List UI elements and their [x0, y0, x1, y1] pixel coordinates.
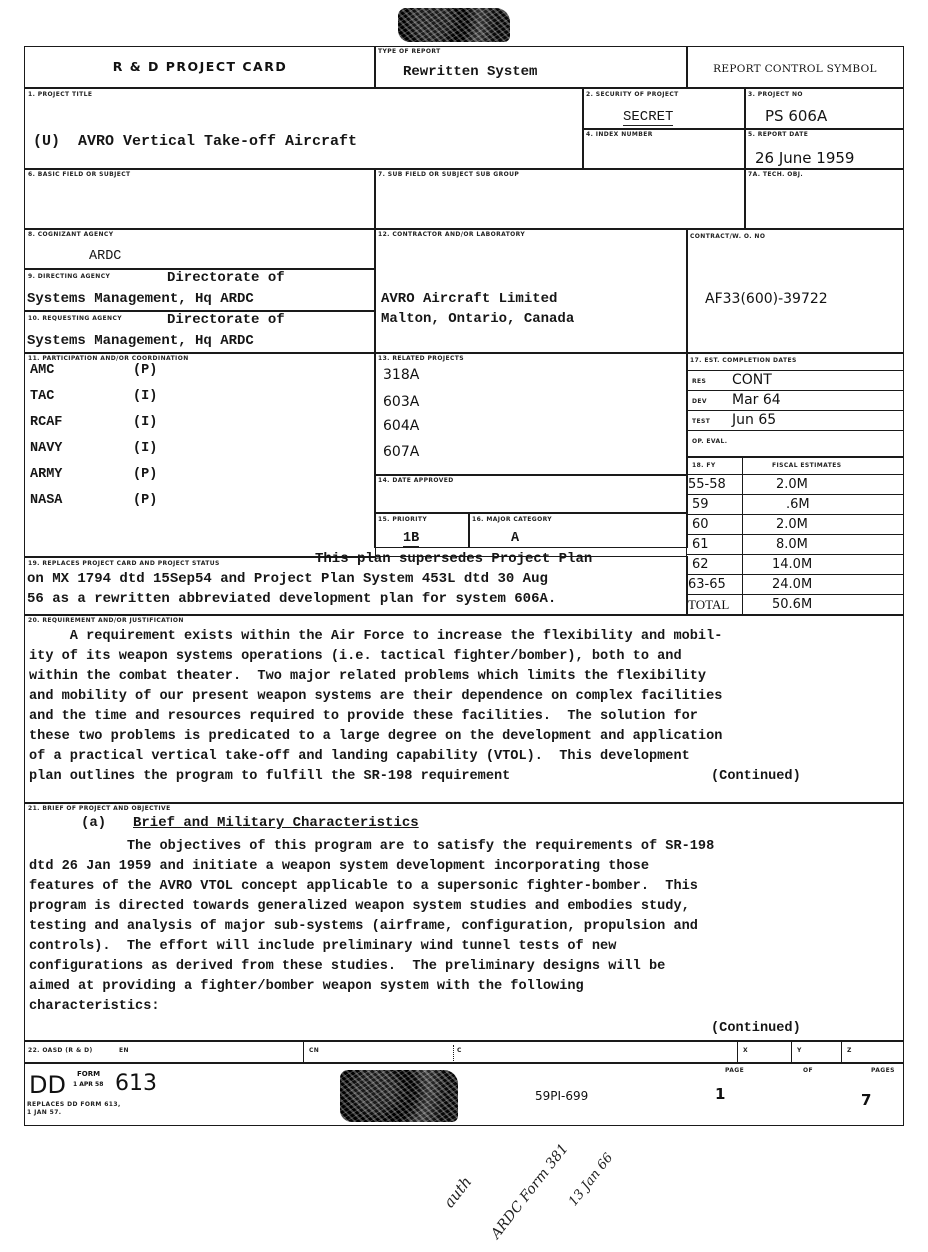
completion-dates-label: 17. Est. Completion Dates [690, 357, 797, 364]
security-value: SECRET [623, 109, 673, 126]
major-category-value: A [511, 531, 519, 546]
redaction-stamp-top [398, 8, 510, 42]
requirement-line: ity of its weapon systems operations (i.… [29, 647, 682, 667]
report-control-symbol: REPORT CONTROL SYMBOL [687, 63, 903, 75]
participation-code: (P) [133, 493, 157, 508]
contractor-cell: 12. Contractor and/or Laboratory AVRO Ai… [374, 228, 688, 354]
project-no-label: 3. Project No [748, 91, 803, 98]
completion-row-key: RES [692, 378, 706, 385]
brief-line: The objectives of this program are to sa… [29, 837, 714, 857]
brief-line: aimed at providing a fighter/bomber weap… [29, 977, 584, 997]
basic-field-cell: 6. Basic Field or Subject [24, 168, 376, 230]
project-no-value: PS 606A [765, 107, 827, 125]
y-label: Y [797, 1047, 802, 1054]
fiscal-year: 62 [692, 557, 709, 572]
contractor-line1: AVRO Aircraft Limited [381, 291, 557, 307]
requesting-agency-label: 10. Requesting Agency [28, 315, 122, 322]
handwritten-annotation-line3: 13 Jan 66 [566, 1151, 616, 1210]
basic-field-label: 6. Basic Field or Subject [28, 171, 131, 178]
fiscal-row: 55-58 2.0M [686, 476, 904, 494]
brief-line: dtd 26 Jan 1959 and initiate a weapon sy… [29, 857, 649, 877]
fiscal-row-total: TOTAL 50.6M [686, 596, 904, 614]
fiscal-estimates-label: Fiscal Estimates [772, 462, 841, 469]
brief-section-marker: (a) [81, 815, 106, 831]
requesting-agency-line2: Systems Management, Hq ARDC [27, 333, 254, 349]
security-label: 2. Security of Project [586, 91, 679, 98]
sub-field-cell: 7. Sub Field or Subject Sub Group [374, 168, 746, 230]
participation-code: (P) [133, 363, 157, 378]
fiscal-year: 59 [692, 497, 709, 512]
priority-label: 15. Priority [378, 516, 427, 523]
project-title-value: (U) AVRO Vertical Take-off Aircraft [33, 133, 357, 150]
contractor-line2: Malton, Ontario, Canada [381, 311, 574, 327]
requirement-line: within the combat theater. Two major rel… [29, 667, 706, 687]
brief-line: characteristics: [29, 997, 160, 1017]
fiscal-amount: 2.0M [776, 477, 808, 492]
fiscal-year: 55-58 [688, 477, 726, 492]
related-projects-cell: 13. Related Projects 318A 603A 604A 607A [374, 352, 688, 476]
fiscal-amount: 50.6M [772, 597, 812, 612]
fiscal-row: 60 2.0M [686, 516, 904, 534]
x-label: X [743, 1047, 748, 1054]
form-number: 613 [115, 1071, 157, 1096]
replaces-label: 19. Replaces Project Card and Project St… [28, 560, 220, 567]
participation-org: ARMY [30, 467, 62, 482]
requesting-agency-line1: Directorate of [167, 312, 285, 328]
related-project: 604A [383, 418, 419, 434]
fiscal-amount: 24.0M [772, 577, 812, 592]
replaces-line3: 56 as a rewritten abbreviated developmen… [27, 591, 556, 607]
cn-label: CN [309, 1047, 319, 1054]
fiscal-row: 59 .6M [686, 496, 904, 514]
type-of-report-label: Type of Report [378, 48, 441, 55]
related-project: 603A [383, 394, 419, 410]
completion-row-key: DEV [692, 398, 707, 405]
contract-no-cell: Contract/W. O. No AF33(600)-39722 [686, 228, 904, 354]
form-replaces-line1: REPLACES DD FORM 613, [27, 1101, 121, 1108]
participation-org: AMC [30, 363, 54, 378]
fiscal-amount: 14.0M [772, 557, 812, 572]
participation-org: TAC [30, 389, 54, 404]
participation-code: (I) [133, 441, 157, 456]
brief-cell: 21. Brief of Project and Objective (a) B… [24, 802, 904, 1042]
handwritten-annotation-line1: auth [440, 1173, 475, 1211]
completion-row-value: Mar 64 [732, 392, 781, 408]
brief-line: features of the AVRO VTOL concept applic… [29, 877, 698, 897]
requirement-line: plan outlines the program to fulfill the… [29, 767, 510, 787]
fiscal-amount: 8.0M [776, 537, 808, 552]
en-label: EN [119, 1047, 129, 1054]
index-number-label: 4. Index Number [586, 131, 653, 138]
serial-number: 59PI-699 [535, 1089, 588, 1103]
page-label: PAGE [725, 1067, 744, 1074]
z-label: Z [847, 1047, 852, 1054]
form-date: 1 APR 58 [73, 1081, 103, 1088]
requirement-continued: (Continued) [711, 767, 801, 787]
participation-code: (P) [133, 467, 157, 482]
related-project: 607A [383, 444, 419, 460]
replaces-cell: 19. Replaces Project Card and Project St… [24, 556, 688, 616]
type-of-report-cell: Type of Report Rewritten System [374, 46, 688, 88]
completion-row-key: OP. EVAL. [692, 438, 727, 445]
cognizant-agency-cell: 8. Cognizant Agency ARDC [24, 228, 376, 270]
replaces-line2: on MX 1794 dtd 15Sep54 and Project Plan … [27, 571, 548, 587]
security-cell: 2. Security of Project SECRET [582, 88, 746, 130]
fiscal-year: TOTAL [688, 597, 729, 613]
report-date-value: 26 June 1959 [755, 149, 854, 167]
brief-label: 21. Brief of Project and Objective [28, 805, 171, 812]
brief-line: configurations as derived from these stu… [29, 957, 665, 977]
project-no-cell: 3. Project No PS 606A [744, 88, 904, 130]
page-number: 1 [715, 1085, 725, 1103]
fiscal-row: 62 14.0M [686, 556, 904, 574]
redaction-stamp-bottom [340, 1070, 458, 1122]
index-number-cell: 4. Index Number [582, 128, 746, 170]
project-title-label: 1. Project Title [28, 91, 92, 98]
contract-no-value: AF33(600)-39722 [705, 291, 828, 307]
completion-row-value: CONT [732, 372, 772, 388]
form-title: R & D PROJECT CARD [25, 59, 375, 74]
report-date-label: 5. Report Date [748, 131, 808, 138]
directing-agency-line1: Directorate of [167, 270, 285, 286]
oasd-label: 22. OASD (R & D) [28, 1047, 93, 1054]
requirement-line: of a practical vertical take-off and lan… [29, 747, 690, 767]
participation-cell: 11. Participation and/or Coordination AM… [24, 352, 376, 558]
participation-code: (I) [133, 415, 157, 430]
report-date-cell: 5. Report Date 26 June 1959 [744, 128, 904, 170]
related-project: 318A [383, 367, 419, 383]
fiscal-year: 61 [692, 537, 709, 552]
directing-agency-cell: 9. Directing Agency Directorate of Syste… [24, 268, 376, 312]
tech-obj-label: 7A. Tech. Obj. [748, 171, 803, 178]
completion-row-value: Jun 65 [732, 412, 776, 428]
brief-line: testing and analysis of major sub-system… [29, 917, 698, 937]
requirement-label: 20. Requirement and/or Justification [28, 617, 184, 624]
form-word: FORM [77, 1070, 100, 1078]
fiscal-row: 63-65 24.0M [686, 576, 904, 594]
priority-cell: 15. Priority 1B [374, 512, 470, 548]
major-category-label: 16. Major Category [472, 516, 552, 523]
contract-no-label: Contract/W. O. No [690, 233, 765, 240]
date-approved-cell: 14. Date Approved [374, 474, 688, 514]
directing-agency-line2: Systems Management, Hq ARDC [27, 291, 254, 307]
participation-org: NASA [30, 493, 62, 508]
brief-line: controls). The effort will include preli… [29, 937, 616, 957]
requesting-agency-cell: 10. Requesting Agency Directorate of Sys… [24, 310, 376, 354]
total-pages: 7 [861, 1091, 871, 1109]
report-control-symbol-cell: REPORT CONTROL SYMBOL [686, 46, 904, 88]
participation-org: NAVY [30, 441, 62, 456]
requirement-cell: 20. Requirement and/or Justification A r… [24, 614, 904, 804]
completion-row-key: TEST [692, 418, 710, 425]
directing-agency-label: 9. Directing Agency [28, 273, 110, 280]
requirement-line: and the time and resources required to p… [29, 707, 698, 727]
fiscal-amount: 2.0M [776, 517, 808, 532]
tech-obj-cell: 7A. Tech. Obj. [744, 168, 904, 230]
participation-org: RCAF [30, 415, 62, 430]
fy-label: 18. FY [692, 462, 716, 469]
project-title-cell: 1. Project Title (U) AVRO Vertical Take-… [24, 88, 584, 170]
form-replaces-line2: 1 JAN 57. [27, 1109, 61, 1116]
form-prefix: DD [29, 1071, 66, 1099]
sub-field-label: 7. Sub Field or Subject Sub Group [378, 171, 519, 178]
requirement-line: and mobility of our present weapon syste… [29, 687, 722, 707]
participation-label: 11. Participation and/or Coordination [28, 355, 189, 362]
brief-line: program is directed towards generalized … [29, 897, 690, 917]
requirement-line: A requirement exists within the Air Forc… [29, 627, 722, 647]
fiscal-year: 60 [692, 517, 709, 532]
brief-section-title: Brief and Military Characteristics [133, 815, 419, 831]
pages-label: PAGES [871, 1067, 895, 1074]
cognizant-agency-label: 8. Cognizant Agency [28, 231, 113, 238]
of-label: OF [803, 1067, 813, 1074]
fiscal-amount: .6M [786, 497, 810, 512]
contractor-label: 12. Contractor and/or Laboratory [378, 231, 525, 238]
requirement-line: these two problems is predicated to a la… [29, 727, 722, 747]
replaces-line1: This plan supersedes Project Plan [315, 551, 592, 567]
brief-continued: (Continued) [711, 1019, 801, 1039]
footer-form-row: DD FORM 1 APR 58 613 REPLACES DD FORM 61… [24, 1062, 904, 1126]
handwritten-annotation-line2: ARDC Form 381 [488, 1141, 572, 1242]
fiscal-row: 61 8.0M [686, 536, 904, 554]
date-approved-label: 14. Date Approved [378, 477, 454, 484]
form-header-title-cell: R & D PROJECT CARD [24, 46, 376, 88]
related-projects-label: 13. Related Projects [378, 355, 464, 362]
fiscal-year: 63-65 [688, 577, 726, 592]
footer-codes-row: 22. OASD (R & D) EN CN C X Y Z [24, 1040, 904, 1064]
major-category-cell: 16. Major Category A [468, 512, 688, 548]
priority-value: 1B [403, 531, 419, 547]
c-label: C [457, 1047, 462, 1054]
cognizant-agency-value: ARDC [89, 249, 121, 264]
participation-code: (I) [133, 389, 157, 404]
type-of-report-value: Rewritten System [403, 64, 537, 80]
